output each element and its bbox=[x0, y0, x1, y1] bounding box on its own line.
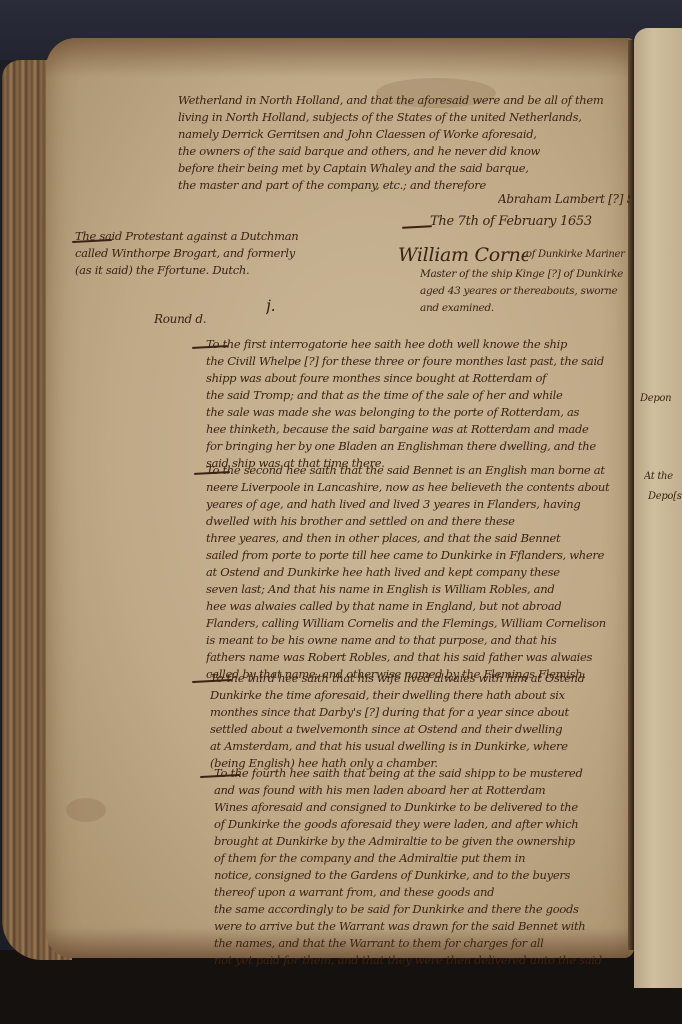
text-line: To the second hee saith that the said Be… bbox=[206, 462, 630, 479]
text-line: were to arrive but the Warrant was drawn… bbox=[214, 918, 630, 935]
text-line: dwelled with his brother and settled on … bbox=[206, 513, 630, 530]
text-line: at Amsterdam, and that his usual dwellin… bbox=[210, 738, 630, 755]
facing-fragment: Depo[sition] bbox=[648, 488, 682, 505]
deponent-description: of Dunkirke Mariner bbox=[526, 246, 630, 263]
text-line: namely Derrick Gerritsen and John Claess… bbox=[178, 126, 630, 143]
text-line: The said Protestant against a Dutchman bbox=[75, 228, 375, 245]
text-line: notice, consigned to the Gardens of Dunk… bbox=[214, 867, 630, 884]
text-line: fathers name was Robert Robles, and that… bbox=[206, 649, 630, 666]
text-line: for bringing her by one Bladen an Englis… bbox=[206, 438, 630, 455]
text-line: living in North Holland, subjects of the… bbox=[178, 109, 630, 126]
text-line: Wetherland in North Holland, and that th… bbox=[178, 92, 630, 109]
text-line: hee was alwaies called by that name in E… bbox=[206, 598, 630, 615]
text-line: To the first interrogatorie hee saith he… bbox=[206, 336, 630, 353]
text-line: seven last; And that his name in English… bbox=[206, 581, 630, 598]
text-line: To the third hee saith that his wife liv… bbox=[210, 670, 630, 687]
text-line: To the fourth hee saith that being at th… bbox=[214, 765, 630, 782]
article-second: To the second hee saith that the said Be… bbox=[206, 462, 630, 683]
folio-mark-center: j. bbox=[266, 296, 275, 315]
text-line: three yeares, and then in other places, … bbox=[206, 530, 630, 547]
paper-stain bbox=[66, 798, 106, 822]
text-line: settled about a twelvemonth since at Ost… bbox=[210, 721, 630, 738]
text-line: the same accordingly to be said for Dunk… bbox=[214, 901, 630, 918]
text-line: of Dunkirke the goods aforesaid they wer… bbox=[214, 816, 630, 833]
text-line: yeares of age, and hath lived and lived … bbox=[206, 496, 630, 513]
text-line: thereof upon a warrant from, and these g… bbox=[214, 884, 630, 901]
deponent-description: Master of the ship Kinge [?] of Dunkirke… bbox=[420, 266, 630, 317]
text-line: Wines aforesaid and consigned to Dunkirk… bbox=[214, 799, 630, 816]
text-line: before their being met by Captain Whaley… bbox=[178, 160, 630, 177]
text-line: the Civill Whelpe [?] for these three or… bbox=[206, 353, 630, 370]
article-first: To the first interrogatorie hee saith he… bbox=[206, 336, 630, 472]
text-line: at Ostend and Dunkirke hee hath lived an… bbox=[206, 564, 630, 581]
text-line: called Winthorpe Brogart, and formerly bbox=[75, 245, 375, 262]
text-line: (as it said) the Ffortune. Dutch. bbox=[75, 262, 375, 279]
text-line: monthes since that Darby's [?] during th… bbox=[210, 704, 630, 721]
continuation-block: Wetherland in North Holland, and that th… bbox=[178, 92, 630, 194]
text-line: the said Tromp; and that as the time of … bbox=[206, 387, 630, 404]
deponent-name: William Cornelison bbox=[398, 244, 528, 266]
text-line: Flanders, calling William Cornelis and t… bbox=[206, 615, 630, 632]
text-line: not yet paid for them, and that they wer… bbox=[214, 952, 630, 969]
text-line: the owners of the said barque and others… bbox=[178, 143, 630, 160]
text-line: the sale was made she was belonging to t… bbox=[206, 404, 630, 421]
text-line: of Dunkirke Mariner bbox=[526, 246, 630, 263]
folio-mark-left: Round d. bbox=[154, 312, 206, 326]
text-line: hee thinketh, because the said bargaine … bbox=[206, 421, 630, 438]
text-line: Dunkirke the time aforesaid, their dwell… bbox=[210, 687, 630, 704]
text-line: and was found with his men laden aboard … bbox=[214, 782, 630, 799]
text-line: aged 43 yeares or thereabouts, sworne bbox=[420, 283, 630, 300]
text-line: neere Liverpoole in Lancashire, now as h… bbox=[206, 479, 630, 496]
facing-fragment: At the bbox=[644, 468, 673, 485]
text-line: shipp was about foure monthes since boug… bbox=[206, 370, 630, 387]
scribe-signature: Abraham Lambert [?] Scribe bbox=[498, 192, 630, 206]
text-line: Master of the ship Kinge [?] of Dunkirke bbox=[420, 266, 630, 283]
text-line: the names, and that the Warrant to them … bbox=[214, 935, 630, 952]
article-fourth: To the fourth hee saith that being at th… bbox=[214, 765, 630, 969]
text-line: of them for the company and the Admiralt… bbox=[214, 850, 630, 867]
article-third: To the third hee saith that his wife liv… bbox=[210, 670, 630, 772]
deposition-date: The 7th of February 1653 bbox=[430, 214, 630, 229]
margin-note: The said Protestant against a Dutchman c… bbox=[75, 228, 375, 279]
facing-page: Depon At the Depo[sition] bbox=[634, 28, 682, 988]
text-line: and examined. bbox=[420, 300, 630, 317]
facing-fragment: Depon bbox=[640, 390, 671, 407]
text-line: brought at Dunkirke by the Admiraltie to… bbox=[214, 833, 630, 850]
text-line: is meant to be his owne name and to that… bbox=[206, 632, 630, 649]
text-line: sailed from porte to porte till hee came… bbox=[206, 547, 630, 564]
